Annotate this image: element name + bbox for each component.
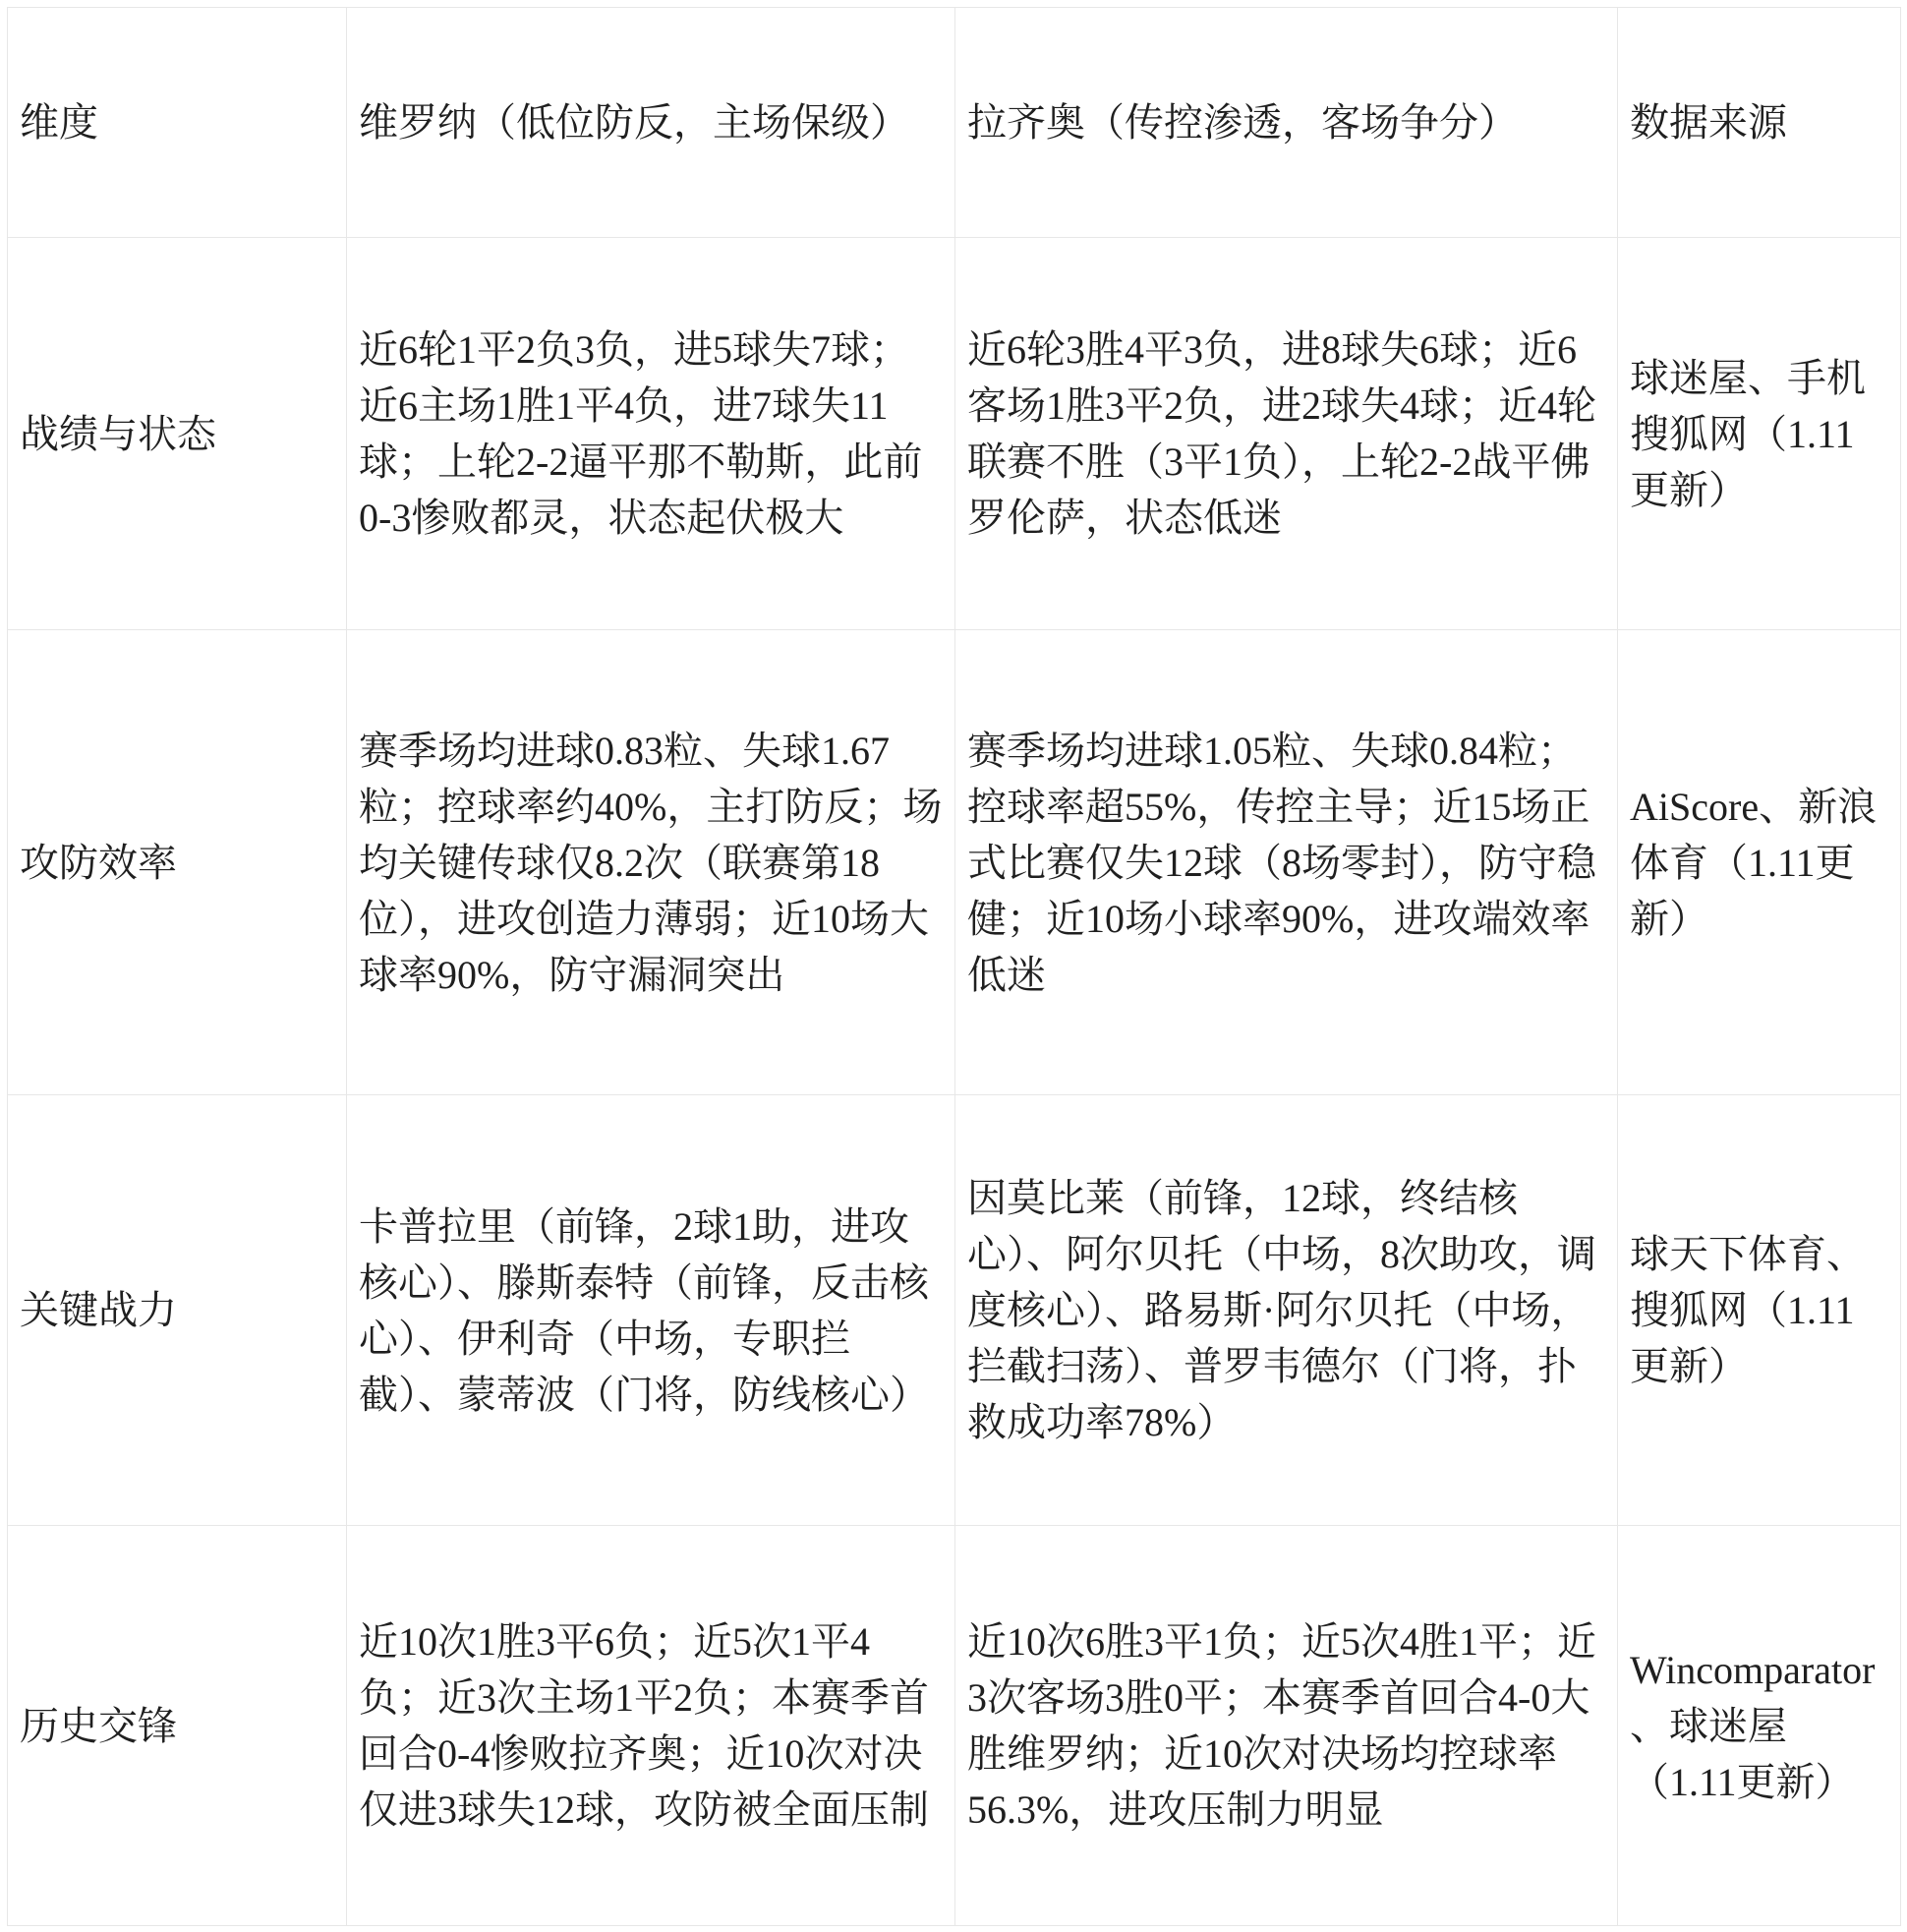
lazio-key-players-cell: 因莫比莱（前锋，12球，终结核心）、阿尔贝托（中场，8次助攻，调度核心）、路易斯… bbox=[955, 1095, 1618, 1526]
source-record-form-cell: 球迷屋、手机搜狐网（1.11更新） bbox=[1618, 238, 1901, 630]
page: 维度 维罗纳（低位防反，主场保级） 拉齐奥（传控渗透，客场争分） 数据来源 战绩… bbox=[0, 0, 1907, 1932]
column-header-dimension: 维度 bbox=[8, 8, 347, 238]
verona-key-players-cell: 卡普拉里（前锋，2球1助，进攻核心）、滕斯泰特（前锋，反击核心）、伊利奇（中场，… bbox=[347, 1095, 955, 1526]
verona-record-form-cell: 近6轮1平2负3负，进5球失7球；近6主场1胜1平4负，进7球失11球；上轮2-… bbox=[347, 238, 955, 630]
column-header-lazio: 拉齐奥（传控渗透，客场争分） bbox=[955, 8, 1618, 238]
verona-attack-defense-cell: 赛季场均进球0.83粒、失球1.67粒；控球率约40%，主打防反；场均关键传球仅… bbox=[347, 630, 955, 1095]
lazio-head-to-head-cell: 近10次6胜3平1负；近5次4胜1平；近3次客场3胜0平；本赛季首回合4-0大胜… bbox=[955, 1526, 1618, 1926]
row-header-head-to-head: 历史交锋 bbox=[8, 1526, 347, 1926]
table-row-key-players: 关键战力 卡普拉里（前锋，2球1助，进攻核心）、滕斯泰特（前锋，反击核心）、伊利… bbox=[8, 1095, 1901, 1526]
column-header-source: 数据来源 bbox=[1618, 8, 1901, 238]
source-key-players-cell: 球天下体育、搜狐网（1.11更新） bbox=[1618, 1095, 1901, 1526]
table-header-row: 维度 维罗纳（低位防反，主场保级） 拉齐奥（传控渗透，客场争分） 数据来源 bbox=[8, 8, 1901, 238]
table-row-attack-defense: 攻防效率 赛季场均进球0.83粒、失球1.67粒；控球率约40%，主打防反；场均… bbox=[8, 630, 1901, 1095]
source-head-to-head-cell: Wincomparator、球迷屋（1.11更新） bbox=[1618, 1526, 1901, 1926]
row-header-record-form: 战绩与状态 bbox=[8, 238, 347, 630]
verona-head-to-head-cell: 近10次1胜3平6负；近5次1平4负；近3次主场1平2负；本赛季首回合0-4惨败… bbox=[347, 1526, 955, 1926]
team-comparison-table: 维度 维罗纳（低位防反，主场保级） 拉齐奥（传控渗透，客场争分） 数据来源 战绩… bbox=[7, 7, 1901, 1926]
row-header-attack-defense: 攻防效率 bbox=[8, 630, 347, 1095]
table-row-head-to-head: 历史交锋 近10次1胜3平6负；近5次1平4负；近3次主场1平2负；本赛季首回合… bbox=[8, 1526, 1901, 1926]
column-header-verona: 维罗纳（低位防反，主场保级） bbox=[347, 8, 955, 238]
row-header-key-players: 关键战力 bbox=[8, 1095, 347, 1526]
lazio-attack-defense-cell: 赛季场均进球1.05粒、失球0.84粒；控球率超55%，传控主导；近15场正式比… bbox=[955, 630, 1618, 1095]
source-attack-defense-cell: AiScore、新浪体育（1.11更新） bbox=[1618, 630, 1901, 1095]
lazio-record-form-cell: 近6轮3胜4平3负，进8球失6球；近6客场1胜3平2负，进2球失4球；近4轮联赛… bbox=[955, 238, 1618, 630]
table-row-record-form: 战绩与状态 近6轮1平2负3负，进5球失7球；近6主场1胜1平4负，进7球失11… bbox=[8, 238, 1901, 630]
